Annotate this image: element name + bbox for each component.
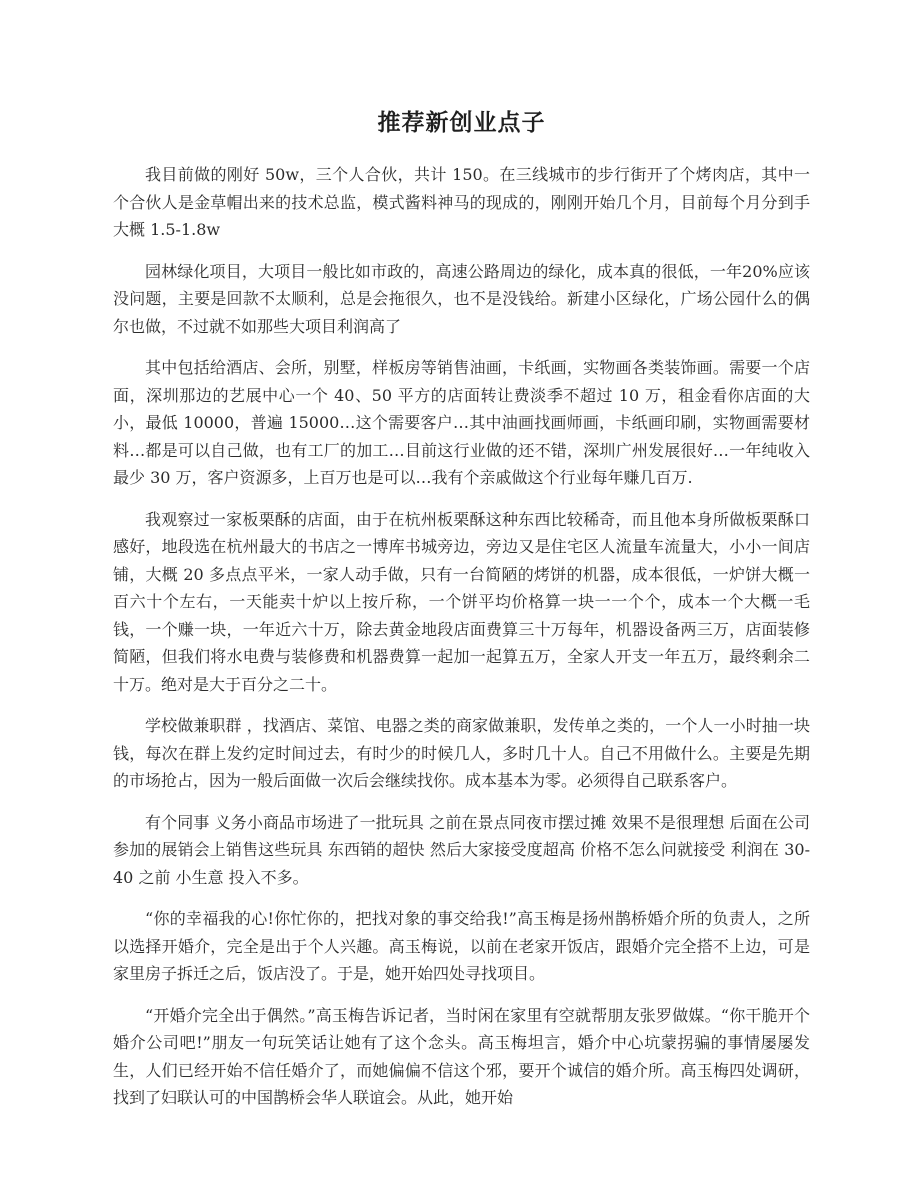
paragraph: “你的幸福我的心!你忙你的，把找对象的事交给我!”高玉梅是扬州鹊桥婚介所的负责人… — [113, 905, 810, 988]
paragraph: 有个同事 义务小商品市场进了一批玩具 之前在景点同夜市摆过摊 效果不是很理想 后… — [113, 809, 810, 892]
document-page: 推荐新创业点子 我目前做的刚好 50w，三个人合伙，共计 150。在三线城市的步… — [0, 0, 920, 1191]
paragraph: 学校做兼职群 ，找酒店、菜馆、电器之类的商家做兼职，发传单之类的，一个人一小时抽… — [113, 712, 810, 795]
paragraph: “开婚介完全出于偶然。”高玉梅告诉记者，当时闲在家里有空就帮朋友张罗做媒。“你干… — [113, 1002, 810, 1112]
document-title: 推荐新创业点子 — [113, 104, 810, 137]
paragraph: 其中包括给酒店、会所，别墅，样板房等销售油画，卡纸画，实物画各类装饰画。需要一个… — [113, 354, 810, 492]
paragraph: 园林绿化项目，大项目一般比如市政的，高速公路周边的绿化，成本真的很低，一年20%… — [113, 258, 810, 341]
paragraph: 我观察过一家板栗酥的店面，由于在杭州板栗酥这种东西比较稀奇，而且他本身所做板栗酥… — [113, 506, 810, 699]
paragraph: 我目前做的刚好 50w，三个人合伙，共计 150。在三线城市的步行街开了个烤肉店… — [113, 161, 810, 244]
document-body: 我目前做的刚好 50w，三个人合伙，共计 150。在三线城市的步行街开了个烤肉店… — [113, 161, 810, 1112]
